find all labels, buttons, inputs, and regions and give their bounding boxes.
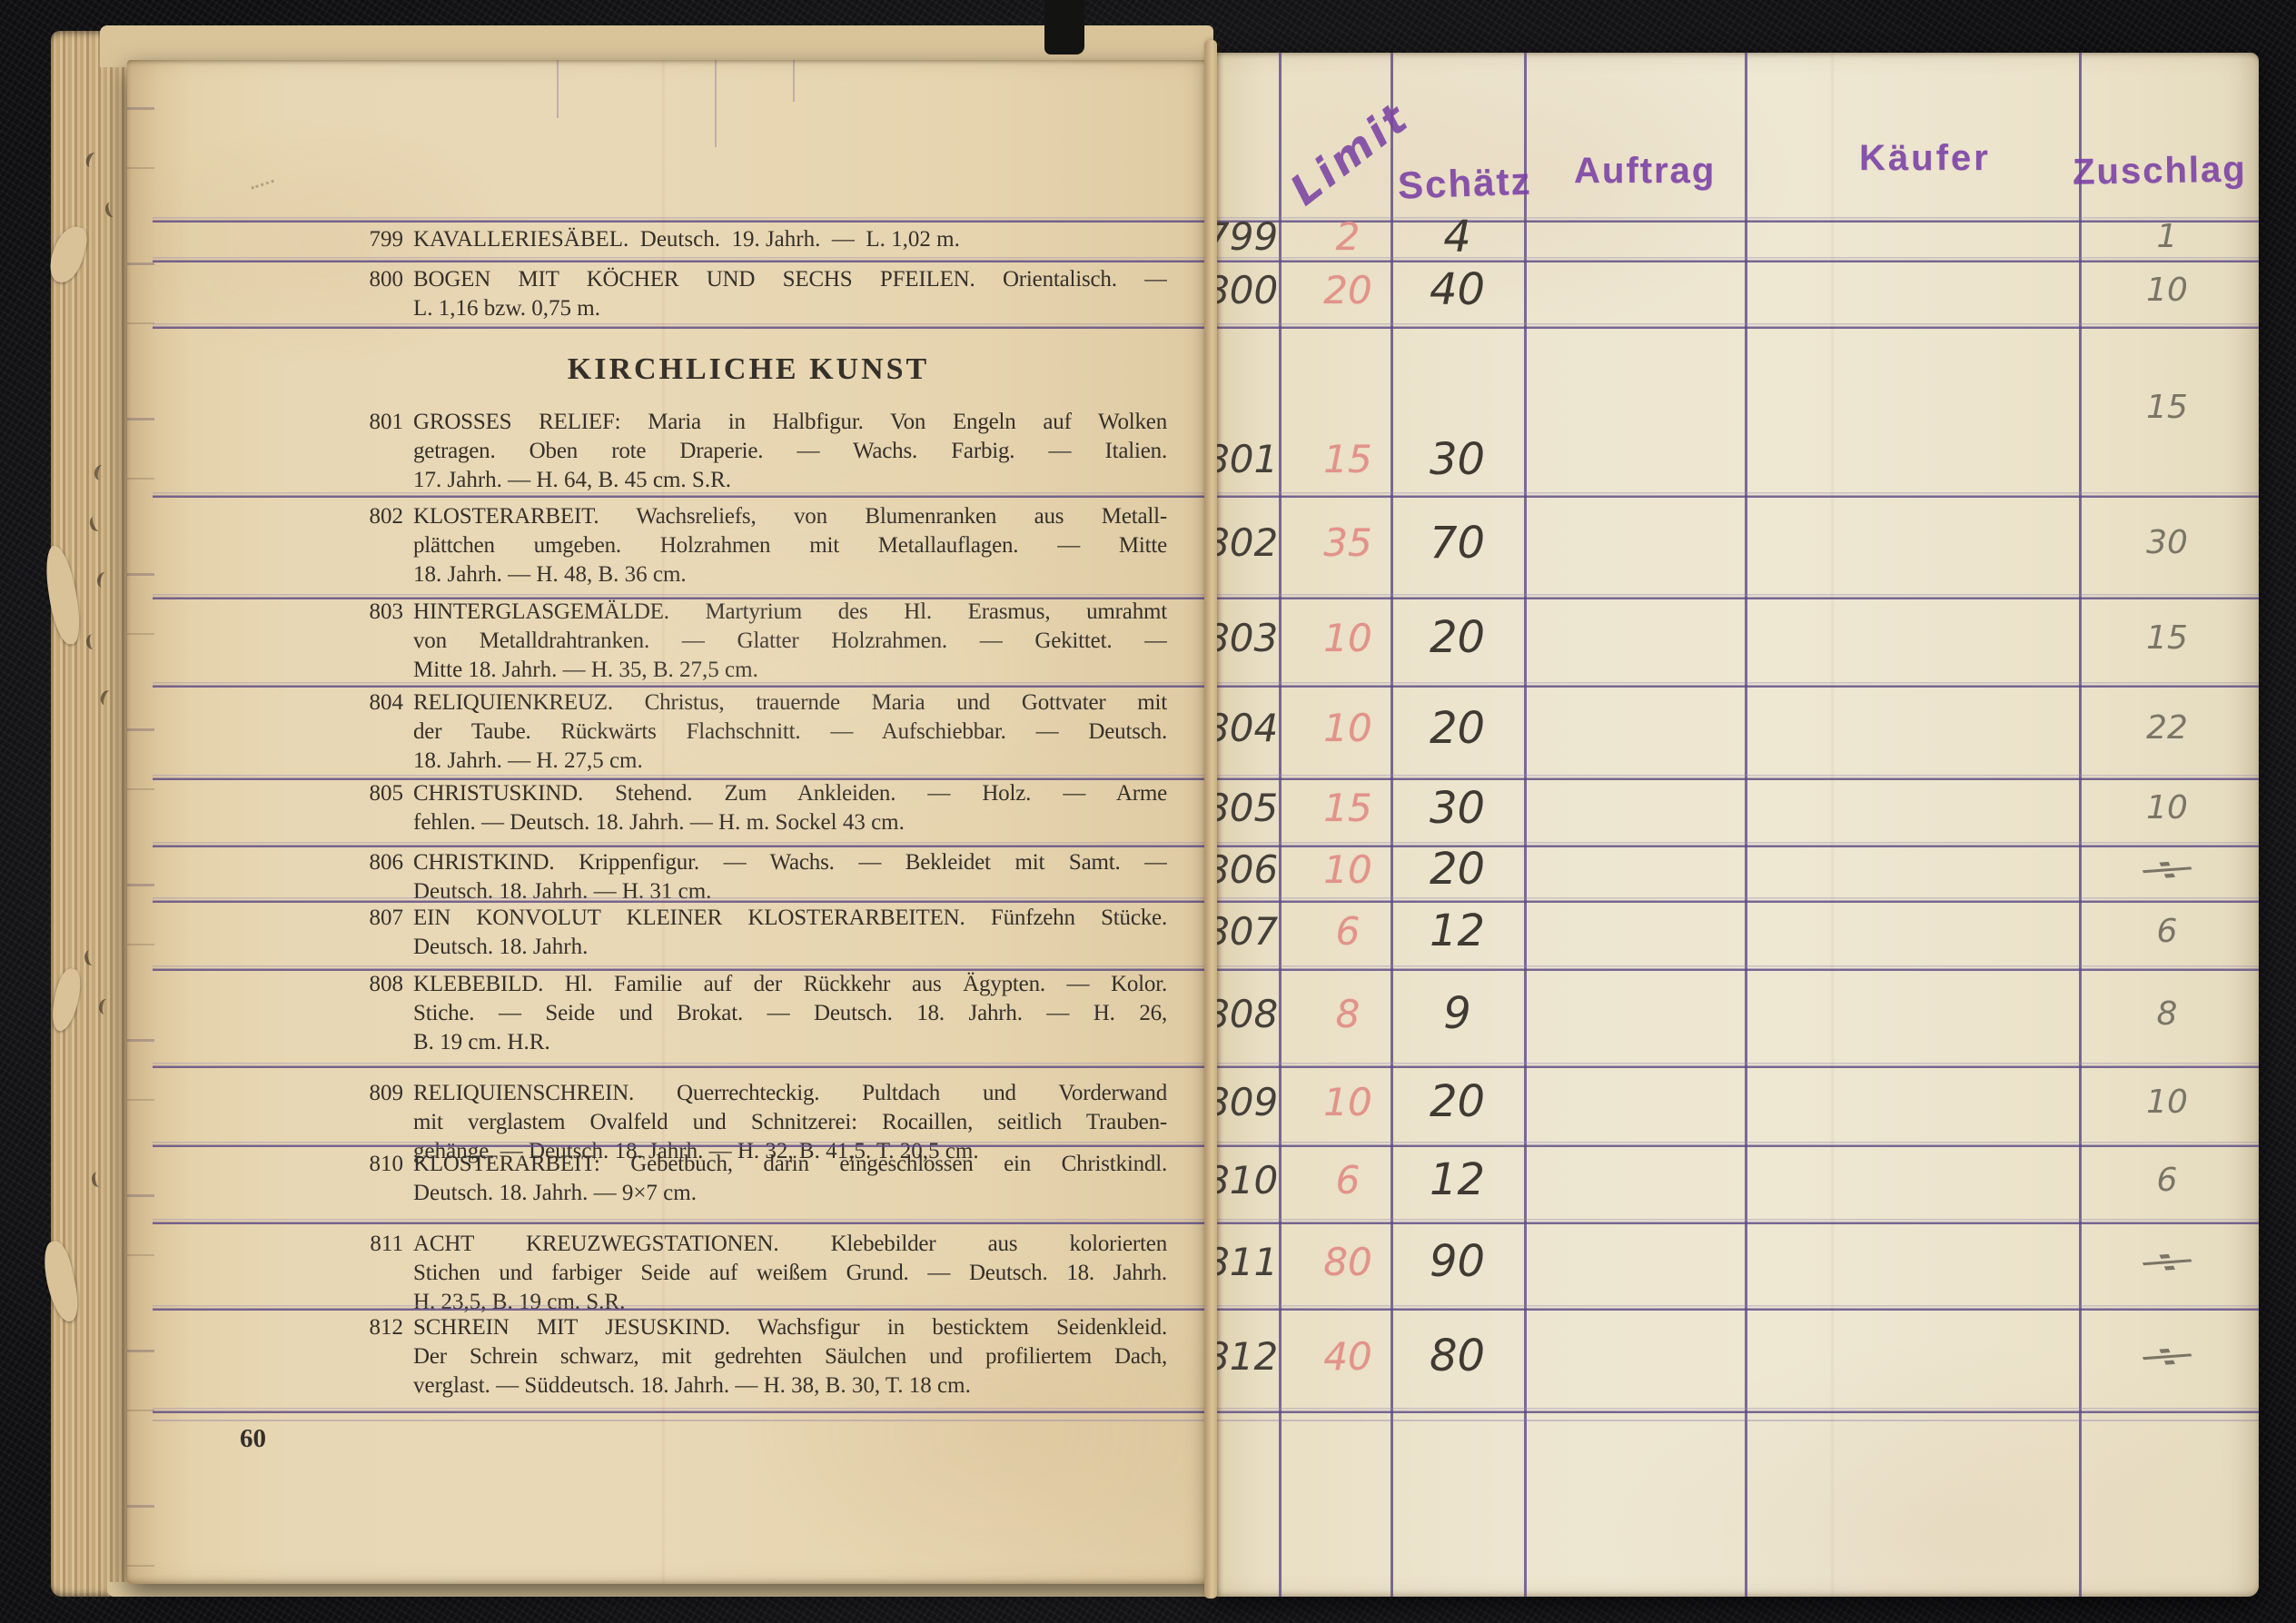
ledger-row: 805153010 [1214, 775, 2259, 842]
ledger-cell-zuschlag: ÷ [2081, 1219, 2253, 1305]
lot-number: 804 [360, 688, 403, 717]
ledger-cell-auftrag [1529, 323, 1745, 492]
unsold-strike-mark: ÷ [2117, 1217, 2218, 1307]
page-fold-ticks [127, 60, 154, 1584]
entry-line: L. 1,16 bzw. 0,75 m. [413, 294, 1167, 323]
entry-line: getragen. Oben rote Draperie. — Wachs. F… [413, 437, 1167, 466]
entry-line: Der Schrein schwarz, mit gedrehten Säulc… [413, 1342, 1167, 1371]
ledger-row: 8106126 [1214, 1142, 2259, 1219]
ledger-cell-auftrag [1529, 1305, 1745, 1408]
ledger-cell-zuschlag: 10 [2081, 1063, 2253, 1142]
ledger-cell-auftrag [1529, 897, 1745, 965]
ledger-cell-schaetz: 30 [1390, 775, 1524, 842]
rule-line [153, 1063, 1219, 1068]
entry-text: SCHREIN MIT JESUSKIND. Wachsfigur in bes… [413, 1313, 1167, 1400]
ledger-cell-schaetz: 20 [1390, 1063, 1524, 1142]
entry-text: KLOSTERARBEIT. Wachsreliefs, von Blumenr… [413, 502, 1167, 589]
ledger-cell-schaetz: 12 [1390, 897, 1524, 965]
entry-text: CHRISTUSKIND. Stehend. Zum Ankleiden. — … [413, 779, 1167, 837]
lot-number: 807 [360, 904, 403, 933]
entry-text: KLEBEBILD. Hl. Familie auf der Rückkehr … [413, 970, 1167, 1057]
ledger-page: Limit Schätz Auftrag Käufer Zuschlag 799… [1214, 53, 2259, 1597]
lot-number: 808 [360, 970, 403, 999]
ledger-cell-zuschlag: 8 [2081, 965, 2253, 1063]
ledger-cell-zuschlag: ÷ [2081, 842, 2253, 897]
ledger-cell-auftrag [1529, 682, 1745, 775]
ledger-cell-zuschlag: 22 [2081, 682, 2253, 775]
entry-line: B. 19 cm. H.R. [413, 1028, 1167, 1057]
entry-line: mit verglastem Ovalfeld und Schnitzerei:… [413, 1108, 1167, 1137]
entry-text: RELIQUIENKREUZ. Christus, trauernde Mari… [413, 688, 1167, 776]
lot-number: 810 [360, 1150, 403, 1179]
rule-line-faint [1214, 1420, 2259, 1421]
ledger-cell-kaeufer [1745, 897, 2079, 965]
entry-line: GROSSES RELIEF: Maria in Halbfigur. Von … [413, 408, 1167, 437]
scanned-auction-ledger-spread: { "page_left": { "section_heading": "KIR… [0, 0, 2296, 1623]
ledger-row: 803102015 [1214, 594, 2259, 682]
ledger-row: 8061020÷ [1214, 842, 2259, 897]
ledger-cell-schaetz: 20 [1390, 594, 1524, 682]
entry-line: RELIQUIENSCHREIN. Querrechteckig. Pultda… [413, 1079, 1167, 1108]
lot-number: 812 [360, 1313, 403, 1342]
ledger-cell-kaeufer [1745, 842, 2079, 897]
ledger-cell-kaeufer [1745, 775, 2079, 842]
ledger-cell-kaeufer [1745, 217, 2079, 257]
entry-line: CHRISTUSKIND. Stehend. Zum Ankleiden. — … [413, 779, 1167, 808]
ledger-cell-auftrag [1529, 842, 1745, 897]
entry-line: Stiche. — Seide und Brokat. — Deutsch. 1… [413, 999, 1167, 1028]
lot-number: 800 [360, 265, 403, 294]
ledger-cell-schaetz: 9 [1390, 965, 1524, 1063]
lot-number: 809 [360, 1079, 403, 1108]
lot-number: 806 [360, 848, 403, 877]
rule-line [153, 842, 1219, 847]
ledger-cell-schaetz: 30 [1390, 323, 1524, 492]
ledger-cell-schaetz: 20 [1390, 682, 1524, 775]
rule-line [1214, 1408, 2259, 1413]
entry-text: ACHT KREUZWEGSTATIONEN. Klebebilder aus … [413, 1230, 1167, 1317]
ledger-cell-auftrag [1529, 1063, 1745, 1142]
ledger-cell-kaeufer [1745, 257, 2079, 323]
edge-writing-mark [85, 633, 100, 649]
ledger-cell-schaetz: 20 [1390, 842, 1524, 897]
ledger-cell-schaetz: 90 [1390, 1219, 1524, 1305]
ledger-cell-auftrag [1529, 594, 1745, 682]
entry-text: KAVALLERIESÄBEL. Deutsch. 19. Jahrh. — L… [413, 225, 1167, 254]
ledger-cell-zuschlag: 6 [2081, 1142, 2253, 1219]
ledger-cell-schaetz: 12 [1390, 1142, 1524, 1219]
section-heading: KIRCHLICHE KUNST [362, 352, 1134, 387]
ledger-cell-kaeufer [1745, 1063, 2079, 1142]
ledger-cell-auftrag [1529, 217, 1745, 257]
entry-line: Stichen und farbiger Seide auf weißem Gr… [413, 1259, 1167, 1288]
ledger-cell-kaeufer [1745, 1305, 2079, 1408]
ledger-row: 8076126 [1214, 897, 2259, 965]
entry-line: der Taube. Rückwärts Flachschnitt. — Auf… [413, 717, 1167, 747]
entry-text: BOGEN MIT KÖCHER UND SECHS PFEILEN. Orie… [413, 265, 1167, 323]
rule-line [153, 1219, 1219, 1224]
ledger-cell-zuschlag: 6 [2081, 897, 2253, 965]
ledger-cell-zuschlag: 1 [2081, 217, 2253, 257]
rule-line-faint [153, 1420, 1219, 1421]
entry-line: KLOSTERARBEIT: Gebetbuch, darin eingesch… [413, 1150, 1167, 1179]
rule-line [153, 257, 1219, 262]
entry-line: plättchen umgeben. Holzrahmen mit Metall… [413, 531, 1167, 560]
ledger-cell-schaetz: 4 [1390, 217, 1524, 257]
ledger-row: 8118090÷ [1214, 1219, 2259, 1305]
lot-number: 803 [360, 598, 403, 627]
entry-text: GROSSES RELIEF: Maria in Halbfigur. Von … [413, 408, 1167, 495]
entry-text: CHRISTKIND. Krippenfigur. — Wachs. — Bek… [413, 848, 1167, 906]
ledger-cell-auftrag [1529, 257, 1745, 323]
column-header-schaetz: Schätz [1397, 159, 1532, 207]
entry-text: HINTERGLASGEMÄLDE. Martyrium des Hl. Era… [413, 598, 1167, 685]
ledger-cell-kaeufer [1745, 323, 2079, 492]
spine-gap-notch [1044, 0, 1084, 54]
ledger-cell-auftrag [1529, 1142, 1745, 1219]
ledger-cell-zuschlag: 30 [2081, 492, 2253, 594]
ledger-cell-schaetz: 40 [1390, 257, 1524, 323]
entry-line: 18. Jahrh. — H. 27,5 cm. [413, 747, 1167, 776]
ledger-cell-auftrag [1529, 492, 1745, 594]
ledger-row: 799241 [1214, 217, 2259, 257]
column-header-kaeufer: Käufer [1859, 138, 1991, 179]
column-header-auftrag: Auftrag [1574, 151, 1716, 192]
ledger-cell-kaeufer [1745, 1142, 2079, 1219]
lot-number: 805 [360, 779, 403, 808]
lot-number: 799 [360, 225, 403, 254]
entry-line: KLOSTERARBEIT. Wachsreliefs, von Blumenr… [413, 502, 1167, 531]
center-page-cut-edge [1204, 40, 1217, 1598]
entry-line: Deutsch. 18. Jahrh. [413, 933, 1167, 962]
lot-number: 811 [360, 1230, 403, 1259]
entry-text: EIN KONVOLUT KLEINER KLOSTERARBEITEN. Fü… [413, 904, 1167, 962]
ledger-cell-auftrag [1529, 775, 1745, 842]
entry-line: fehlen. — Deutsch. 18. Jahrh. — H. m. So… [413, 808, 1167, 837]
entry-line: Deutsch. 18. Jahrh. — 9×7 cm. [413, 1179, 1167, 1208]
entry-line: RELIQUIENKREUZ. Christus, trauernde Mari… [413, 688, 1167, 717]
entry-line: SCHREIN MIT JESUSKIND. Wachsfigur in bes… [413, 1313, 1167, 1342]
entry-line: EIN KONVOLUT KLEINER KLOSTERARBEITEN. Fü… [413, 904, 1167, 933]
entry-line: KAVALLERIESÄBEL. Deutsch. 19. Jahrh. — L… [413, 225, 1167, 254]
ledger-row: 801153015 [1214, 323, 2259, 492]
ledger-row: 804102022 [1214, 682, 2259, 775]
entry-line: HINTERGLASGEMÄLDE. Martyrium des Hl. Era… [413, 598, 1167, 627]
entry-line: ACHT KREUZWEGSTATIONEN. Klebebilder aus … [413, 1230, 1167, 1259]
ledger-cell-kaeufer [1745, 594, 2079, 682]
entry-line: verglast. — Süddeutsch. 18. Jahrh. — H. … [413, 1371, 1167, 1400]
rule-line [153, 1408, 1219, 1413]
ledger-row: 8124080÷ [1214, 1305, 2259, 1408]
entry-text: KLOSTERARBEIT: Gebetbuch, darin eingesch… [413, 1150, 1167, 1208]
rule-line [153, 323, 1219, 329]
entry-line: KLEBEBILD. Hl. Familie auf der Rückkehr … [413, 970, 1167, 999]
ledger-cell-kaeufer [1745, 1219, 2079, 1305]
ledger-cell-kaeufer [1745, 682, 2079, 775]
page-number: 60 [240, 1424, 266, 1454]
unsold-strike-mark: ÷ [2123, 840, 2212, 899]
under-page-bottom-edge [107, 1582, 1213, 1597]
ink-drip [715, 60, 717, 147]
entry-line: Mitte 18. Jahrh. — H. 35, B. 27,5 cm. [413, 656, 1167, 685]
ledger-cell-zuschlag: 15 [2081, 594, 2253, 682]
ledger-row: 802357030 [1214, 492, 2259, 594]
entry-line: 18. Jahrh. — H. 48, B. 36 cm. [413, 560, 1167, 589]
ink-drip [557, 60, 559, 118]
entry-line: BOGEN MIT KÖCHER UND SECHS PFEILEN. Orie… [413, 265, 1167, 294]
ink-drip [793, 60, 795, 102]
entry-line: von Metalldrahtranken. — Glatter Holzrah… [413, 627, 1167, 656]
pencil-squiggle [247, 167, 274, 189]
entry-line: CHRISTKIND. Krippenfigur. — Wachs. — Bek… [413, 848, 1167, 877]
catalog-page: KIRCHLICHE KUNST 799KAVALLERIESÄBEL. Deu… [127, 60, 1217, 1584]
ledger-cell-zuschlag: ÷ [2081, 1305, 2253, 1408]
lot-number: 802 [360, 502, 403, 531]
entry-line: Deutsch. 18. Jahrh. — H. 31 cm. [413, 877, 1167, 906]
unsold-strike-mark: ÷ [2113, 1303, 2221, 1410]
entry-line: 17. Jahrh. — H. 64, B. 45 cm. S.R. [413, 466, 1167, 495]
column-header-zuschlag: Zuschlag [2073, 149, 2247, 193]
ledger-cell-auftrag [1529, 1219, 1745, 1305]
lot-number: 801 [360, 408, 403, 437]
ledger-cell-schaetz: 80 [1390, 1305, 1524, 1408]
ledger-row: 809102010 [1214, 1063, 2259, 1142]
ledger-row: 808898 [1214, 965, 2259, 1063]
ledger-cell-schaetz: 70 [1390, 492, 1524, 594]
ledger-cell-zuschlag: 10 [2081, 257, 2253, 323]
ledger-cell-kaeufer [1745, 965, 2079, 1063]
rule-line [153, 217, 1219, 223]
ledger-cell-kaeufer [1745, 492, 2079, 594]
ledger-row: 800204010 [1214, 257, 2259, 323]
ledger-cell-zuschlag: 10 [2081, 775, 2253, 842]
edge-writing-mark [94, 464, 108, 481]
ledger-cell-auftrag [1529, 965, 1745, 1063]
ledger-cell-zuschlag: 15 [2081, 323, 2253, 492]
edge-writing-mark [98, 998, 113, 1014]
